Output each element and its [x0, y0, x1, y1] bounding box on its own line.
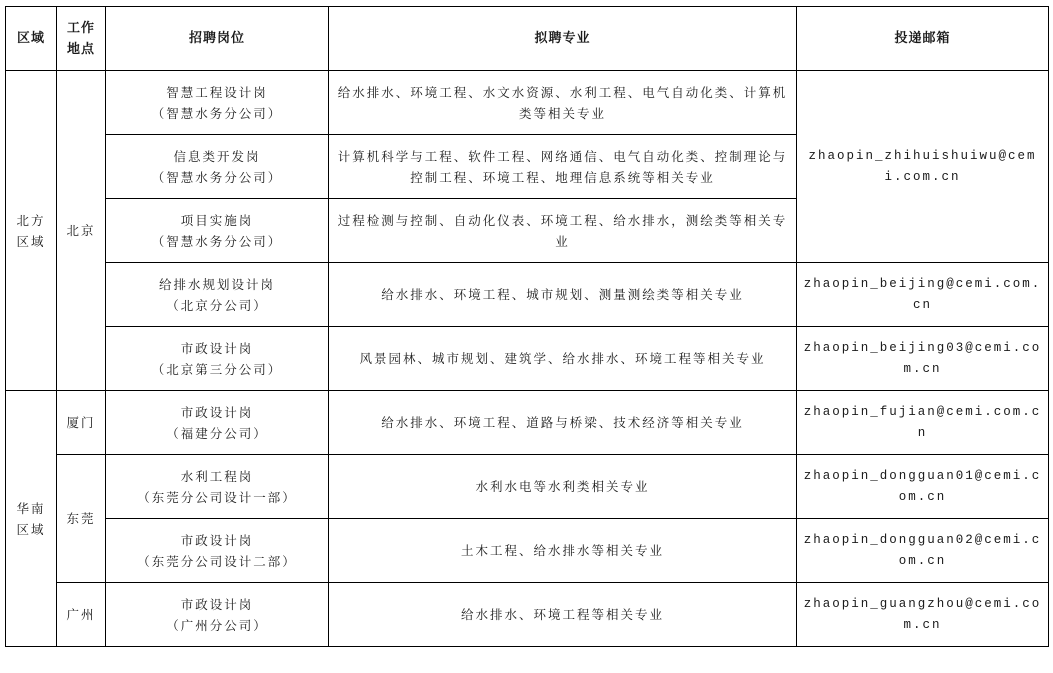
major-cell: 过程检测与控制、自动化仪表、环境工程、给水排水，测绘类等相关专业: [329, 199, 797, 263]
major-cell: 给水排水、环境工程、城市规划、测量测绘类等相关专业: [329, 263, 797, 327]
position-company: （北京第三分公司）: [112, 359, 322, 380]
major-cell: 土木工程、给水排水等相关专业: [329, 519, 797, 583]
major-cell: 给水排水、环境工程、水文水资源、水利工程、电气自动化类、计算机类等相关专业: [329, 71, 797, 135]
position-title: 信息类开发岗: [112, 146, 322, 167]
position-title: 市政设计岗: [112, 530, 322, 551]
header-location-line1: 工作: [63, 18, 99, 39]
table-row: 给排水规划设计岗 （北京分公司） 给水排水、环境工程、城市规划、测量测绘类等相关…: [6, 263, 1049, 327]
recruitment-table: 区域 工作 地点 招聘岗位 拟聘专业 投递邮箱 北方 区域 北京 智慧工程设计岗…: [5, 6, 1049, 647]
position-cell: 项目实施岗 （智慧水务分公司）: [106, 199, 329, 263]
email-cell: zhaopin_zhihuishuiwu@cemi.com.cn: [797, 71, 1049, 263]
location-cell-dongguan: 东莞: [57, 455, 106, 583]
position-company: （东莞分公司设计二部）: [112, 551, 322, 572]
position-title: 智慧工程设计岗: [112, 82, 322, 103]
location-cell-beijing: 北京: [57, 71, 106, 391]
position-title: 项目实施岗: [112, 210, 322, 231]
position-company: （福建分公司）: [112, 423, 322, 444]
position-cell: 水利工程岗 （东莞分公司设计一部）: [106, 455, 329, 519]
major-cell: 计算机科学与工程、软件工程、网络通信、电气自动化类、控制理论与控制工程、环境工程…: [329, 135, 797, 199]
header-row: 区域 工作 地点 招聘岗位 拟聘专业 投递邮箱: [6, 7, 1049, 71]
position-title: 水利工程岗: [112, 466, 322, 487]
header-major: 拟聘专业: [329, 7, 797, 71]
header-position: 招聘岗位: [106, 7, 329, 71]
position-cell: 市政设计岗 （东莞分公司设计二部）: [106, 519, 329, 583]
header-location: 工作 地点: [57, 7, 106, 71]
region-cell-south: 华南 区域: [6, 391, 57, 647]
region-label-line1: 北方: [12, 210, 50, 231]
table-row: 市政设计岗 （东莞分公司设计二部） 土木工程、给水排水等相关专业 zhaopin…: [6, 519, 1049, 583]
region-label-line2: 区域: [12, 231, 50, 252]
header-region: 区域: [6, 7, 57, 71]
location-cell-xiamen: 厦门: [57, 391, 106, 455]
email-cell: zhaopin_dongguan02@cemi.com.cn: [797, 519, 1049, 583]
position-title: 市政设计岗: [112, 594, 322, 615]
position-title: 市政设计岗: [112, 402, 322, 423]
position-company: （智慧水务分公司）: [112, 167, 322, 188]
position-cell: 市政设计岗 （北京第三分公司）: [106, 327, 329, 391]
position-cell: 智慧工程设计岗 （智慧水务分公司）: [106, 71, 329, 135]
position-cell: 市政设计岗 （福建分公司）: [106, 391, 329, 455]
email-cell: zhaopin_beijing03@cemi.com.cn: [797, 327, 1049, 391]
table-row: 市政设计岗 （北京第三分公司） 风景园林、城市规划、建筑学、给水排水、环境工程等…: [6, 327, 1049, 391]
email-cell: zhaopin_beijing@cemi.com.cn: [797, 263, 1049, 327]
email-cell: zhaopin_guangzhou@cemi.com.cn: [797, 583, 1049, 647]
table-row: 华南 区域 厦门 市政设计岗 （福建分公司） 给水排水、环境工程、道路与桥梁、技…: [6, 391, 1049, 455]
table-row: 北方 区域 北京 智慧工程设计岗 （智慧水务分公司） 给水排水、环境工程、水文水…: [6, 71, 1049, 135]
major-cell: 风景园林、城市规划、建筑学、给水排水、环境工程等相关专业: [329, 327, 797, 391]
position-title: 给排水规划设计岗: [112, 274, 322, 295]
position-company: （广州分公司）: [112, 615, 322, 636]
position-cell: 给排水规划设计岗 （北京分公司）: [106, 263, 329, 327]
region-cell-north: 北方 区域: [6, 71, 57, 391]
major-cell: 给水排水、环境工程等相关专业: [329, 583, 797, 647]
position-cell: 信息类开发岗 （智慧水务分公司）: [106, 135, 329, 199]
position-company: （智慧水务分公司）: [112, 103, 322, 124]
table-row: 广州 市政设计岗 （广州分公司） 给水排水、环境工程等相关专业 zhaopin_…: [6, 583, 1049, 647]
email-cell: zhaopin_fujian@cemi.com.cn: [797, 391, 1049, 455]
header-location-line2: 地点: [63, 39, 99, 60]
position-company: （北京分公司）: [112, 295, 322, 316]
region-label-line2: 区域: [12, 519, 50, 540]
position-company: （东莞分公司设计一部）: [112, 487, 322, 508]
position-title: 市政设计岗: [112, 338, 322, 359]
table-row: 东莞 水利工程岗 （东莞分公司设计一部） 水利水电等水利类相关专业 zhaopi…: [6, 455, 1049, 519]
major-cell: 水利水电等水利类相关专业: [329, 455, 797, 519]
email-cell: zhaopin_dongguan01@cemi.com.cn: [797, 455, 1049, 519]
header-email: 投递邮箱: [797, 7, 1049, 71]
location-cell-guangzhou: 广州: [57, 583, 106, 647]
position-cell: 市政设计岗 （广州分公司）: [106, 583, 329, 647]
region-label-line1: 华南: [12, 498, 50, 519]
position-company: （智慧水务分公司）: [112, 231, 322, 252]
major-cell: 给水排水、环境工程、道路与桥梁、技术经济等相关专业: [329, 391, 797, 455]
